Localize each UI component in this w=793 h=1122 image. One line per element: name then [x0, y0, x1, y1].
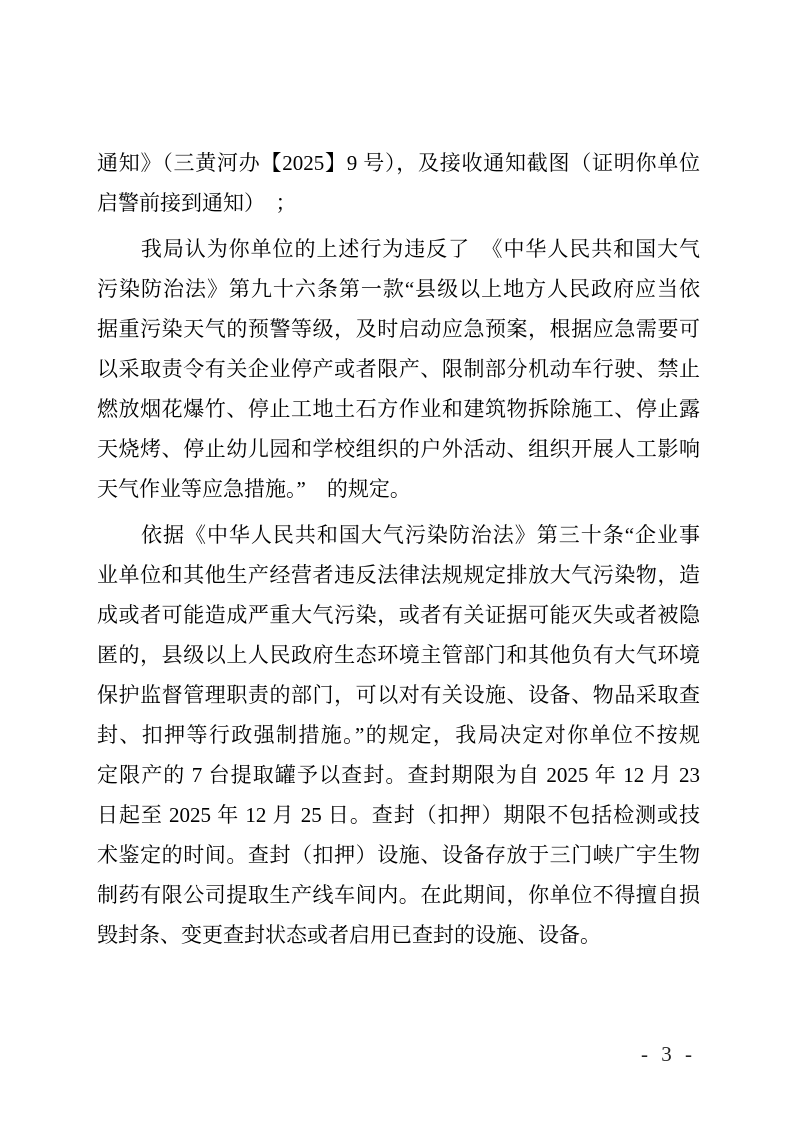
text-line: 术鉴定的时间。查封（扣押）设施、设备存放于三门峡广宇生物	[97, 835, 700, 875]
text-line: 我局认为你单位的上述行为违反了 《中华人民共和国大气	[97, 229, 700, 269]
text-line: 据重污染天气的预警等级，及时启动应急预案，根据应急需要可	[97, 309, 700, 349]
text-line: 业单位和其他生产经营者违反法律法规规定排放大气污染物，造	[97, 555, 700, 595]
text-line: 污染防治法》第九十六条第一款“县级以上地方人民政府应当依	[97, 269, 700, 309]
paragraph: 依据《中华人民共和国大气污染防治法》第三十条“企业事业单位和其他生产经营者违反法…	[97, 515, 700, 955]
page-number: - 3 -	[641, 1041, 701, 1067]
paragraph: 我局认为你单位的上述行为违反了 《中华人民共和国大气污染防治法》第九十六条第一款…	[97, 229, 700, 509]
text-line: 天气作业等应急措施。” 的规定。	[97, 469, 700, 509]
text-line: 毁封条、变更查封状态或者启用已查封的设施、设备。	[97, 915, 700, 955]
text-line: 保护监督管理职责的部门，可以对有关设施、设备、物品采取查	[97, 675, 700, 715]
text-line: 封、扣押等行政强制措施。”的规定，我局决定对你单位不按规	[97, 715, 700, 755]
text-line: 匿的，县级以上人民政府生态环境主管部门和其他负有大气环境	[97, 635, 700, 675]
text-line: 天烧烤、停止幼儿园和学校组织的户外活动、组织开展人工影响	[97, 429, 700, 469]
text-line: 以采取责令有关企业停产或者限产、限制部分机动车行驶、禁止	[97, 349, 700, 389]
text-line: 成或者可能造成严重大气污染，或者有关证据可能灭失或者被隐	[97, 595, 700, 635]
text-line: 日起至 2025 年 12 月 25 日。查封（扣押）期限不包括检测或技	[97, 795, 700, 835]
text-line: 制药有限公司提取生产线车间内。在此期间，你单位不得擅自损	[97, 875, 700, 915]
document-body: 通知》（三黄河办【2025】9 号），及接收通知截图（证明你单位启警前接到通知）…	[97, 143, 700, 955]
text-line: 燃放烟花爆竹、停止工地土石方作业和建筑物拆除施工、停止露	[97, 389, 700, 429]
document-page: 通知》（三黄河办【2025】9 号），及接收通知截图（证明你单位启警前接到通知）…	[0, 0, 793, 1122]
paragraph: 通知》（三黄河办【2025】9 号），及接收通知截图（证明你单位启警前接到通知）…	[97, 143, 700, 223]
text-line: 定限产的 7 台提取罐予以查封。查封期限为自 2025 年 12 月 23	[97, 755, 700, 795]
text-line: 依据《中华人民共和国大气污染防治法》第三十条“企业事	[97, 515, 700, 555]
text-line: 启警前接到通知） ；	[97, 183, 700, 223]
text-line: 通知》（三黄河办【2025】9 号），及接收通知截图（证明你单位	[97, 143, 700, 183]
